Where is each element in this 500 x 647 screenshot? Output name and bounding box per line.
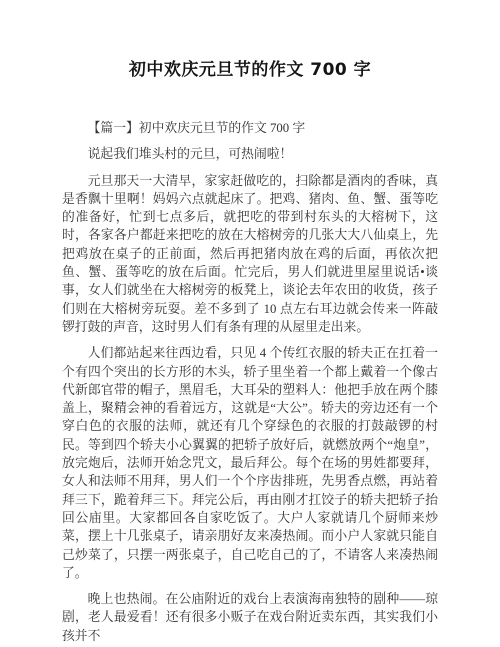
paragraph: 晚上也热闹。在公庙附近的戏台上表演海南独特的剧种——琼剧，老人最爱看！还有很多小… xyxy=(62,590,438,645)
paragraph: 说起我们堆头村的元旦，可热闹啦！ xyxy=(62,145,438,163)
section-heading: 【篇一】初中欢庆元旦节的作文 700 字 xyxy=(62,119,438,137)
page-title: 初中欢庆元旦节的作文 700 字 xyxy=(0,0,500,81)
paragraph: 元旦那天一大清早，家家赶做吃的，扫除都是酒肉的香味，真是香飘十里啊！妈妈六点就起… xyxy=(62,172,438,337)
document-body: 【篇一】初中欢庆元旦节的作文 700 字 说起我们堆头村的元旦，可热闹啦！ 元旦… xyxy=(62,119,438,645)
paragraph: 人们都站起来往西边看，只见 4 个传红衣服的轿夫正在扛着一个有四个突出的长方形的… xyxy=(62,344,438,582)
document-page: 初中欢庆元旦节的作文 700 字 【篇一】初中欢庆元旦节的作文 700 字 说起… xyxy=(0,0,500,647)
